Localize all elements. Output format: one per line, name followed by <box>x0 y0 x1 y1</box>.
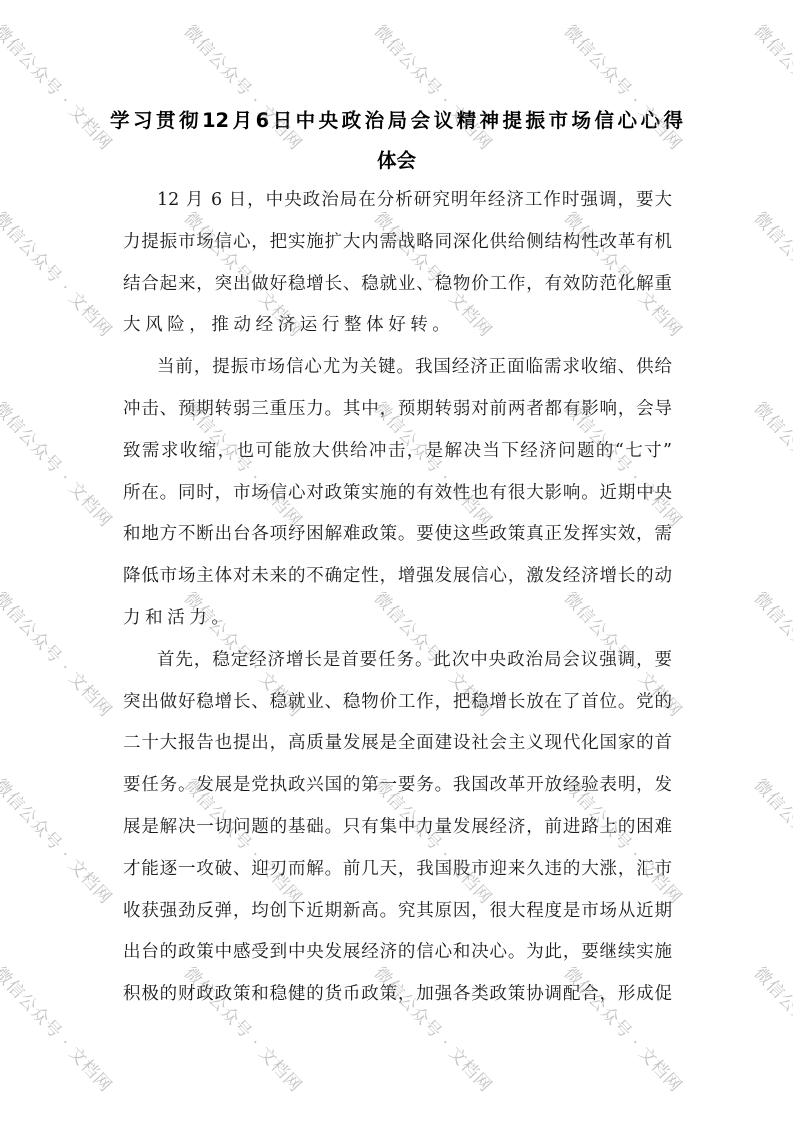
body-text-line: 首先，稳定经济增长是首要任务。此次中央政治局会议强调，要 <box>157 648 672 672</box>
body-text-line: 大风险，推动经济运行整体好转。 <box>123 313 672 337</box>
body-text-line: 收获强劲反弹，均创下近期新高。究其原因，很大程度是市场从近期 <box>123 899 672 923</box>
body-text-line: 冲击、预期转弱三重压力。其中，预期转弱对前两者都有影响，会导 <box>123 397 672 421</box>
body-text-line: 12 月 6 日，中央政治局在分析研究明年经济工作时强调，要大 <box>157 188 672 212</box>
watermark-text: 微信公众号 · 文档网 <box>750 585 793 734</box>
body-text-line: 降低市场主体对未来的不确定性，增强发展信心，激发经济增长的动 <box>123 564 672 588</box>
body-text-line: 积极的财政政策和稳健的货币政策，加强各类政策协调配合，形成促 <box>123 982 672 1006</box>
body-text-line: 所在。同时，市场信心对政策实施的有效性也有很大影响。近期中央 <box>123 481 672 505</box>
watermark-text: 微信公众号 · 文档网 <box>0 395 131 544</box>
body-text-line: 才能逐一攻破、迎刃而解。前几天，我国股市迎来久违的大涨，汇市 <box>123 857 672 881</box>
body-text-line: 致需求收缩，也可能放大供给冲击，是解决当下经济问题的“七寸” <box>123 439 672 463</box>
body-text-line: 结合起来，突出做好稳增长、稳就业、稳物价工作，有效防范化解重 <box>123 272 672 296</box>
watermark-text: 微信公众号 · 文档网 <box>0 960 131 1109</box>
body-text-line: 展是解决一切问题的基础。只有集中力量发展经济，前进路上的困难 <box>123 815 672 839</box>
watermark-text: 微信公众号 · 文档网 <box>750 772 793 921</box>
document-page: 学习贯彻12月6日中央政治局会议精神提振市场信心心得 体会 12 月 6 日，中… <box>0 0 793 1122</box>
body-text-line: 要任务。发展是党执政兴国的第一要务。我国改革开放经验表明，发 <box>123 773 672 797</box>
document-title-line-1: 学习贯彻12月6日中央政治局会议精神提振市场信心心得 <box>110 105 683 133</box>
body-text-line: 和地方不断出台各项纾困解难政策。要使这些政策真正发挥实效，需 <box>123 522 672 546</box>
watermark-text: 微信公众号 · 文档网 <box>750 205 793 354</box>
body-text-line: 突出做好稳增长、稳就业、稳物价工作，把稳增长放在了首位。党的 <box>123 690 672 714</box>
body-text-line: 当前，提振市场信心尤为关键。我国经济正面临需求收缩、供给 <box>157 355 672 379</box>
watermark-text: 微信公众号 · 文档网 <box>750 18 793 167</box>
watermark-text: 微信公众号 · 文档网 <box>0 585 131 734</box>
body-text-line: 力提振市场信心，把实施扩大内需战略同深化供给侧结构性改革有机 <box>123 230 672 254</box>
body-text-line: 出台的政策中感受到中央发展经济的信心和决心。为此，要继续实施 <box>123 940 672 964</box>
watermark-text: 微信公众号 · 文档网 <box>0 205 131 354</box>
watermark-text: 微信公众号 · 文档网 <box>0 772 131 921</box>
body-text-line: 力和活力。 <box>123 606 672 630</box>
body-text-line: 二十大报告也提出，高质量发展是全面建设社会主义现代化国家的首 <box>123 731 672 755</box>
watermark-text: 微信公众号 · 文档网 <box>750 960 793 1109</box>
watermark-text: 微信公众号 · 文档网 <box>750 395 793 544</box>
document-title-line-2: 体会 <box>110 145 683 173</box>
